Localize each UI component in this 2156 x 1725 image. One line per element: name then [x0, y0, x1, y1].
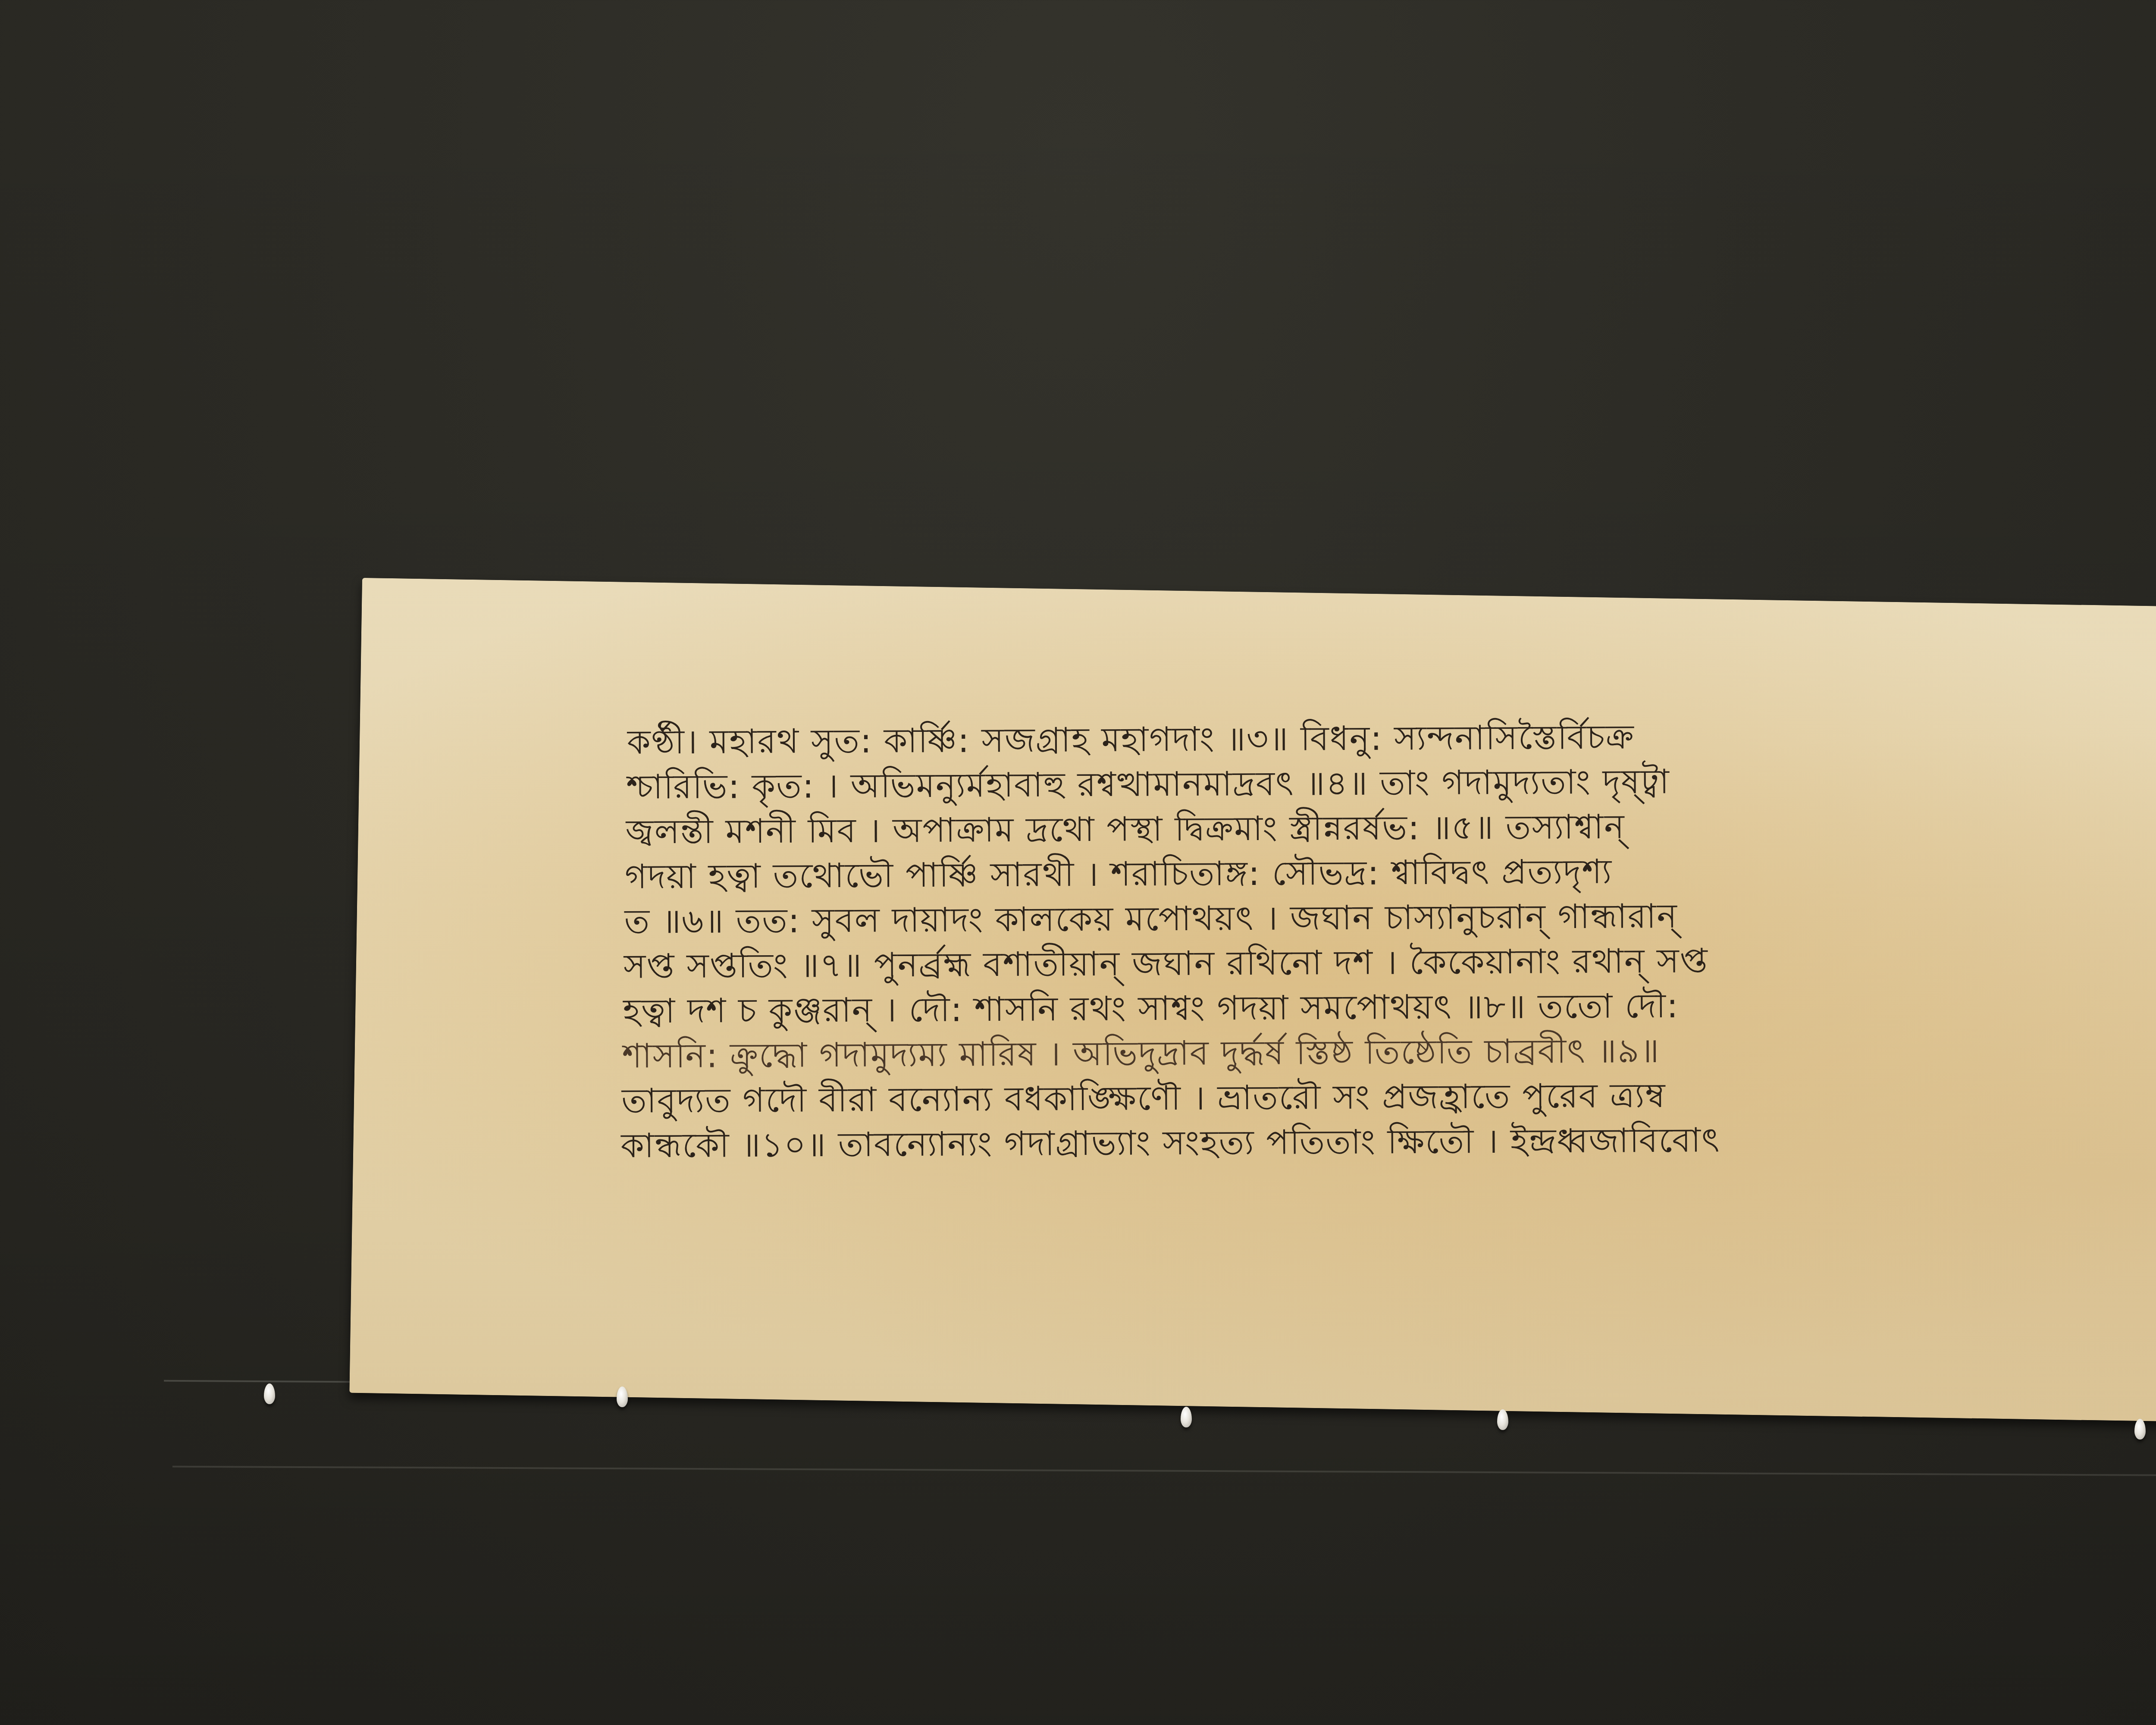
manuscript-line: কান্ধকৌ ॥১০॥ তাবন্যোন্যং গদাগ্রাভ্যাং সং…: [620, 1116, 2156, 1169]
manuscript-line: শ্চারিভি: কৃত: । অভিমন্যুর্মহাবাহু রশ্বত…: [626, 757, 2156, 810]
manuscript-folio: কর্ণ্ঠী। মহারথ সুত: কার্ষ্ণি: সজগ্রাহ মহ…: [349, 578, 2156, 1426]
manuscript-line: গদয়া হত্বা তথোভৌ পার্ষ্ণি সারথী । শরাচি…: [625, 847, 2156, 900]
manuscript-line: হত্বা দশ চ কুঞ্জরান্ । দৌ: শাসনি রথং সাশ…: [623, 981, 2156, 1034]
manuscript-line: ত ॥৬॥ তত: সুবল দায়াদং কালকেয় মপোথয়ৎ ।…: [624, 891, 2156, 944]
manuscript-line: তাবুদ্যত গদৌ বীরা বন্যোন্য বধকাঙ্ক্ষিণৌ …: [621, 1071, 2156, 1124]
manuscript-line: শাসনি: ক্রুদ্ধো গদামুদ্যম্য মারিষ । অভিদ…: [622, 1026, 2156, 1079]
manuscript-line: সপ্ত সপ্ততিং ॥৭॥ পুনর্ব্রহ্ম বশাতীয়ান্ …: [624, 936, 2156, 989]
manuscript-text: কর্ণ্ঠী। মহারথ সুত: কার্ষ্ণি: সজগ্রাহ মহ…: [620, 720, 2156, 1193]
manuscript-line: জ্বলন্তী মশনী মিব । অপাক্রাম দ্রথো পস্থা…: [626, 802, 2156, 855]
manuscript-line: কর্ণ্ঠী। মহারথ সুত: কার্ষ্ণি: সজগ্রাহ মহ…: [627, 712, 2156, 765]
